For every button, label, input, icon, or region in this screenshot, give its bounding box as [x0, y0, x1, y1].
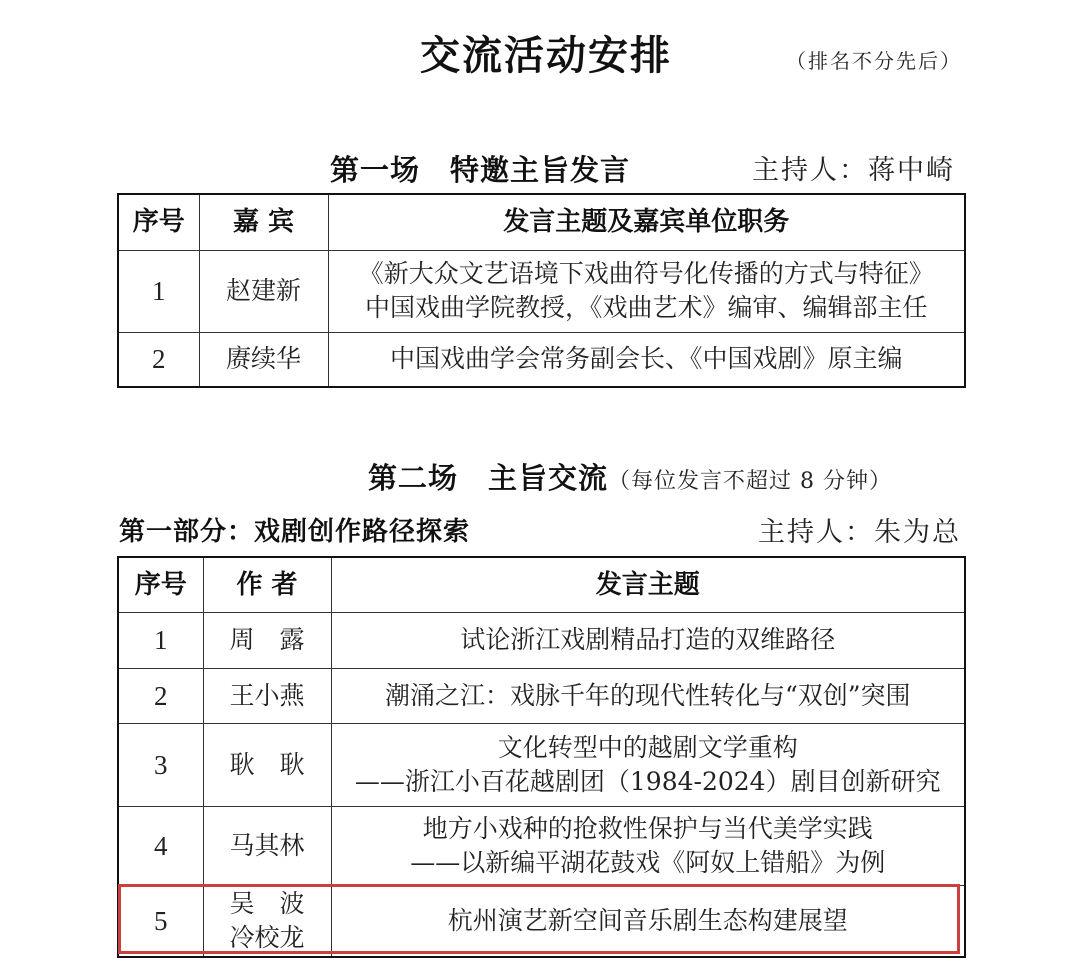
- table-row-highlighted: 5 吴 波 冷校龙 杭州演艺新空间音乐剧生态构建展望: [118, 885, 965, 957]
- row-no: 3: [118, 723, 203, 806]
- row-name: 赵建新: [199, 250, 328, 332]
- session2-title-block: 第二场 主旨交流（每位发言不超过 8 分钟）: [368, 458, 892, 502]
- row-no: 2: [118, 668, 203, 723]
- row-name: 吴 波 冷校龙: [203, 885, 331, 957]
- row-topic: 《新大众文艺语境下戏曲符号化传播的方式与特征》 中国戏曲学院教授，《戏曲艺术》编…: [328, 250, 965, 332]
- table-row: 4 马其林 地方小戏种的抢救性保护与当代美学实践 ——以新编平湖花鼓戏《阿奴上错…: [118, 806, 965, 885]
- topic-line1: 地方小戏种的抢救性保护与当代美学实践: [332, 812, 965, 846]
- table-row: 2 赓续华 中国戏曲学会常务副会长、《中国戏剧》原主编: [118, 332, 965, 387]
- row-topic: 文化转型中的越剧文学重构 ——浙江小百花越剧团（1984-2024）剧目创新研究: [331, 723, 965, 806]
- topic-line2: ——以新编平湖花鼓戏《阿奴上错船》为例: [332, 846, 965, 880]
- header-topic: 发言主题及嘉宾单位职务: [328, 194, 965, 250]
- session2-part1-table: 序号 作 者 发言主题 1 周 露 试论浙江戏剧精品打造的双维路径 2 王小燕 …: [117, 556, 966, 958]
- session2-note: （每位发言不超过 8 分钟）: [608, 469, 892, 494]
- table-row: 2 王小燕 潮涌之江：戏脉千年的现代性转化与“双创”突围: [118, 668, 965, 723]
- table-header-row: 序号 嘉 宾 发言主题及嘉宾单位职务: [118, 194, 965, 250]
- row-name: 耿 耿: [203, 723, 331, 806]
- header-topic: 发言主题: [331, 557, 965, 612]
- session1-title: 第一场 特邀主旨发言: [330, 150, 630, 190]
- author-2: 冷校龙: [204, 921, 331, 955]
- rank-note: （排名不分先后）: [786, 46, 962, 76]
- part1-title: 第一部分：戏剧创作路径探索: [119, 513, 470, 551]
- row-name: 周 露: [203, 612, 331, 668]
- row-name: 王小燕: [203, 668, 331, 723]
- row-name: 赓续华: [199, 332, 328, 387]
- table-row: 1 周 露 试论浙江戏剧精品打造的双维路径: [118, 612, 965, 668]
- row-no: 2: [118, 332, 199, 387]
- row-name: 马其林: [203, 806, 331, 885]
- session1-table: 序号 嘉 宾 发言主题及嘉宾单位职务 1 赵建新 《新大众文艺语境下戏曲符号化传…: [117, 193, 966, 388]
- row-topic: 地方小戏种的抢救性保护与当代美学实践 ——以新编平湖花鼓戏《阿奴上错船》为例: [331, 806, 965, 885]
- part1-host: 主持人：朱为总: [758, 513, 961, 553]
- header-author: 作 者: [203, 557, 331, 612]
- author-1: 吴 波: [204, 887, 331, 921]
- row-topic: 杭州演艺新空间音乐剧生态构建展望: [331, 885, 965, 957]
- header-guest: 嘉 宾: [199, 194, 328, 250]
- table-row: 1 赵建新 《新大众文艺语境下戏曲符号化传播的方式与特征》 中国戏曲学院教授，《…: [118, 250, 965, 332]
- row-no: 1: [118, 612, 203, 668]
- row-topic: 试论浙江戏剧精品打造的双维路径: [331, 612, 965, 668]
- row-no: 4: [118, 806, 203, 885]
- table-row: 3 耿 耿 文化转型中的越剧文学重构 ——浙江小百花越剧团（1984-2024）…: [118, 723, 965, 806]
- topic-line1: 文化转型中的越剧文学重构: [332, 731, 965, 765]
- row-topic: 中国戏曲学会常务副会长、《中国戏剧》原主编: [328, 332, 965, 387]
- session2-title: 第二场 主旨交流: [368, 461, 608, 495]
- document-title: 交流活动安排: [420, 30, 672, 82]
- row-no: 1: [118, 250, 199, 332]
- table-header-row: 序号 作 者 发言主题: [118, 557, 965, 612]
- topic-line1: 《新大众文艺语境下戏曲符号化传播的方式与特征》: [329, 257, 965, 291]
- topic-line2: 中国戏曲学院教授，《戏曲艺术》编审、编辑部主任: [329, 291, 965, 325]
- header-no: 序号: [118, 557, 203, 612]
- row-topic: 潮涌之江：戏脉千年的现代性转化与“双创”突围: [331, 668, 965, 723]
- topic-line2: ——浙江小百花越剧团（1984-2024）剧目创新研究: [332, 765, 965, 799]
- session1-host: 主持人：蒋中崎: [752, 151, 955, 191]
- row-no: 5: [118, 885, 203, 957]
- header-no: 序号: [118, 194, 199, 250]
